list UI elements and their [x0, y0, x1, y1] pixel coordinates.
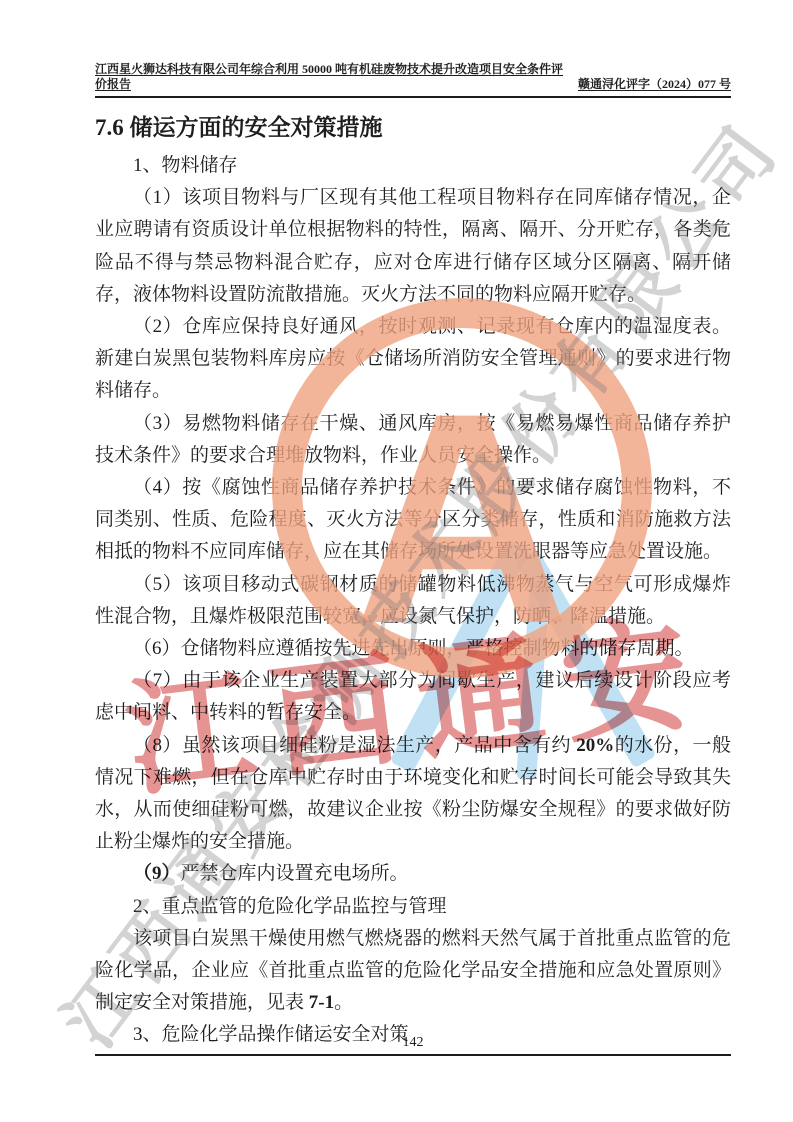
paragraph: （3）易燃物料储存在干燥、通风库房，按《易燃易爆性商品储存养护技术条件》的要求合…: [95, 408, 731, 472]
text-run: （8）虽然该项目细硅粉是湿法生产，产品中含有约: [133, 735, 576, 756]
text-run: （2）仓库应保持良好通风，按时观测、记录现有仓库内的温湿度表。新建白炭黑包装物料…: [95, 316, 731, 401]
page-number: 142: [95, 1035, 731, 1054]
page-header: 江西星火狮达科技有限公司年综合利用 50000 吨有机硅废物技术提升改造项目安全…: [95, 62, 731, 98]
paragraph: （2）仓库应保持良好通风，按时观测、记录现有仓库内的温湿度表。新建白炭黑包装物料…: [95, 311, 731, 408]
text-run: （7）由于该企业生产装置大部分为间歇生产，建议后续设计阶段应考虑中间料、中转料的…: [95, 670, 731, 723]
text-run: 1、物料储存: [133, 155, 238, 176]
text-run: 该项目白炭黑干燥使用燃气燃烧器的燃料天然气属于首批重点监管的危险化学品，企业应《…: [95, 928, 731, 1013]
page-footer: 142: [95, 1035, 731, 1056]
document-page: 江西星火狮达科技有限公司年综合利用 50000 吨有机硅废物技术提升改造项目安全…: [0, 0, 793, 1122]
paragraph: （1）该项目物料与厂区现有其他工程项目物料存在同库储存情况，企业应聘请有资质设计…: [95, 182, 731, 311]
text-run: （9）: [133, 863, 181, 884]
paragraph: （8）虽然该项目细硅粉是湿法生产，产品中含有约 20%的水份，一般情况下难燃，但…: [95, 730, 731, 859]
paragraph: 该项目白炭黑干燥使用燃气燃烧器的燃料天然气属于首批重点监管的危险化学品，企业应《…: [95, 923, 731, 1020]
text-run: 20%: [576, 735, 614, 756]
text-run: （4）按《腐蚀性商品储存养护技术条件》的要求储存腐蚀性物料，不同类别、性质、危险…: [95, 477, 731, 562]
text-run: （5）该项目移动式碳钢材质的储罐物料低沸物蒸气与空气可形成爆炸性混合物，且爆炸极…: [95, 574, 731, 627]
text-run: （6）仓储物料应遵循按先进先出原则，严格控制物料的储存周期。: [133, 638, 694, 659]
text-run: （1）该项目物料与厂区现有其他工程项目物料存在同库储存情况，企业应聘请有资质设计…: [95, 187, 731, 305]
paragraph: （5）该项目移动式碳钢材质的储罐物料低沸物蒸气与空气可形成爆炸性混合物，且爆炸极…: [95, 569, 731, 633]
text-run: 2、重点监管的危险化学品监控与管理: [133, 896, 447, 917]
list-heading: 2、重点监管的危险化学品监控与管理: [95, 891, 731, 923]
text-run: 7-1: [309, 992, 334, 1013]
header-doc-number: 赣通浔化评字（2024）077 号: [564, 77, 731, 92]
section-content: 1、物料储存（1）该项目物料与厂区现有其他工程项目物料存在同库储存情况，企业应聘…: [95, 150, 731, 1052]
text-run: 严禁仓库内设置充电场所。: [181, 863, 409, 884]
section-title: 7.6 储运方面的安全对策措施: [95, 113, 731, 143]
text-run: （3）易燃物料储存在干燥、通风库房，按《易燃易爆性商品储存养护技术条件》的要求合…: [95, 413, 731, 466]
paragraph: （7）由于该企业生产装置大部分为间歇生产，建议后续设计阶段应考虑中间料、中转料的…: [95, 665, 731, 729]
paragraph: （9）严禁仓库内设置充电场所。: [95, 858, 731, 890]
list-heading: 1、物料储存: [95, 150, 731, 182]
paragraph: （6）仓储物料应遵循按先进先出原则，严格控制物料的储存周期。: [95, 633, 731, 665]
header-report-title: 江西星火狮达科技有限公司年综合利用 50000 吨有机硅废物技术提升改造项目安全…: [95, 62, 564, 92]
paragraph: （4）按《腐蚀性商品储存养护技术条件》的要求储存腐蚀性物料，不同类别、性质、危险…: [95, 472, 731, 569]
text-run: 。: [334, 992, 353, 1013]
